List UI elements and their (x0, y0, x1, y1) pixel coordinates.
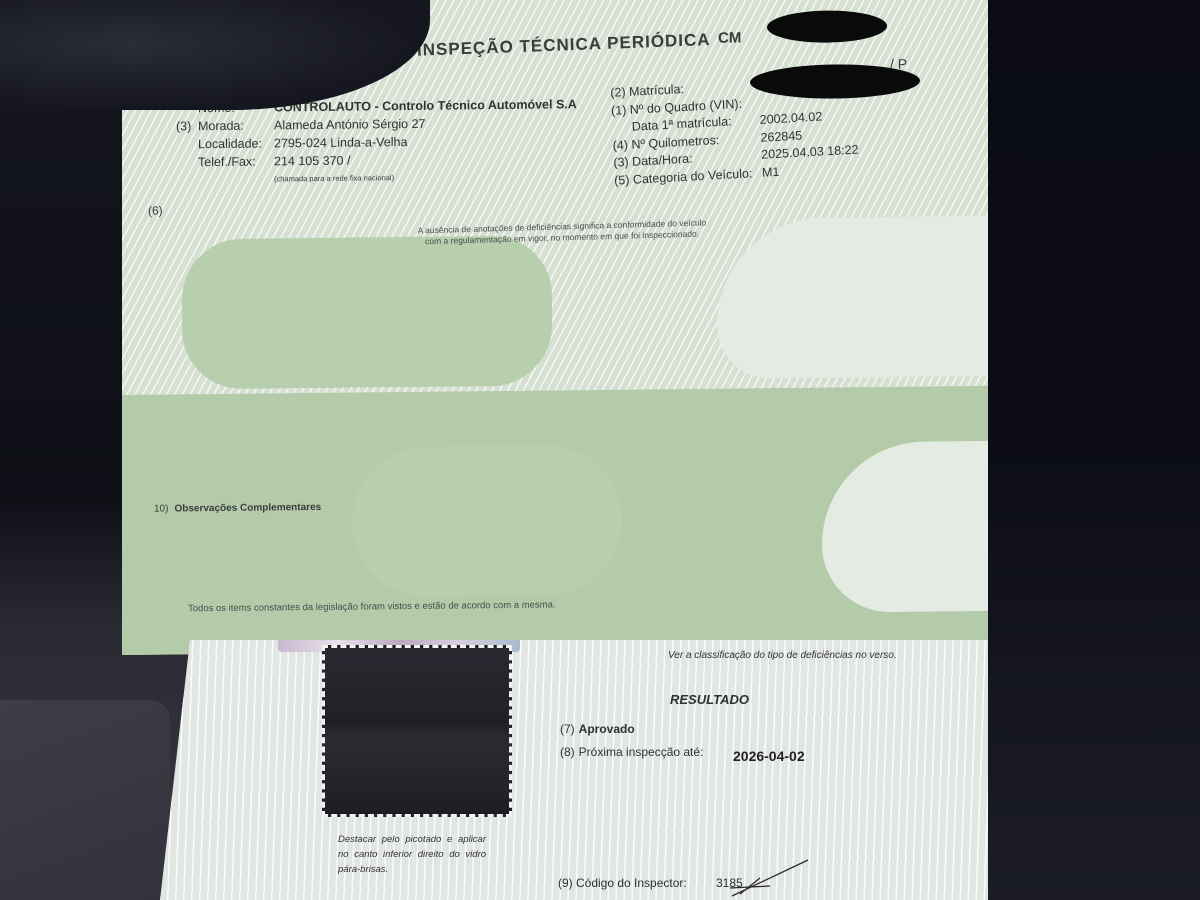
vehicle-info-block: (2) Matrícula: (1) Nº do Quadro (VIN): D… (610, 72, 860, 190)
approved-num: (7) (560, 722, 575, 736)
next-inspection-num: (8) (560, 745, 575, 759)
first-registration-value: 2002.04.02 (759, 108, 822, 129)
section-6-label: (6) (148, 204, 163, 218)
next-inspection-line: (8)Próxima inspecção até: (560, 745, 703, 759)
redaction-mark (767, 10, 887, 43)
car-seat-fold (0, 700, 170, 900)
phone-value: 214 105 370 / (274, 152, 350, 171)
signature-mark (730, 858, 810, 898)
address-value: Alameda António Sérgio 27 (274, 115, 426, 135)
next-inspection-label: Próxima inspecção até: (579, 745, 704, 759)
sticker-instructions: Destacar pelo picotado e aplicar no cant… (338, 832, 486, 877)
car-seat-right (988, 0, 1200, 900)
document-title: INSPEÇÃO TÉCNICA PERIÓDICA (417, 30, 711, 61)
phone-label: Telef./Fax: (198, 152, 274, 171)
address-num: (3) (176, 117, 198, 135)
address-label: Morada: (198, 116, 274, 135)
certificate-stub: Destacar pelo picotado e aplicar no cant… (160, 640, 988, 900)
inspector-label: (9) Código do Inspector: (558, 876, 687, 890)
category-value: M1 (762, 163, 780, 181)
observations-label: Observações Complementares (174, 502, 321, 515)
verso-note: Ver a classificação do tipo de deficiênc… (668, 650, 897, 661)
absence-note: A ausência de anotações de deficiências … (417, 217, 707, 247)
all-items-note: Todos os items constantes da legislação … (188, 599, 556, 614)
result-heading: RESULTADO (670, 692, 749, 707)
locality-label: Localidade: (198, 134, 274, 153)
cm-label: CM (718, 30, 741, 47)
phone-note: (chamada para a rede fixa nacional) (274, 167, 577, 188)
observations-heading: 10)Observações Complementares (154, 502, 321, 515)
next-inspection-date: 2026-04-02 (733, 748, 805, 764)
observations-num: 10) (154, 504, 168, 515)
locality-value: 2795-024 Linda-a-Velha (274, 133, 407, 152)
approved-line: (7)Aprovado (560, 722, 635, 736)
approved-label: Aprovado (579, 722, 635, 736)
km-value: 262845 (760, 127, 802, 147)
detached-sticker-cutout (322, 645, 512, 817)
